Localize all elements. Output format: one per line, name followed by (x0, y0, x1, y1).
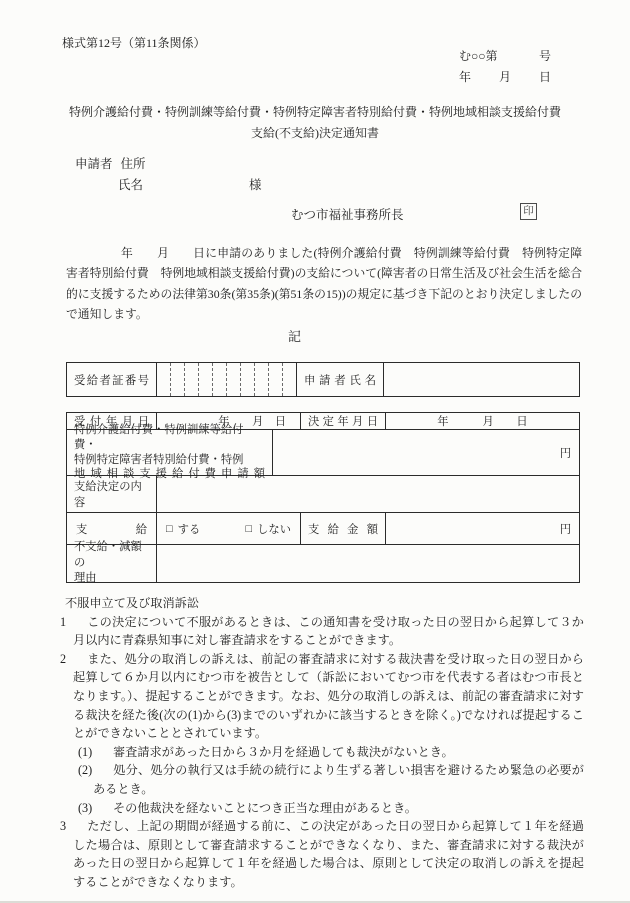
requested-amount-label-line2: 特例特定障害者特別給付費・特例 (74, 453, 265, 468)
list-text: その他裁決を経ないことにつき正当な理由があるとき。 (113, 801, 417, 815)
form-reference: 様式第12号（第11条関係） (62, 34, 206, 51)
appeal-notes-heading: 不服申立て及び取消訴訟 (65, 594, 584, 613)
list-item: 3ただし、上記の期間が経過する前に、この決定があった日の翌日から起算して１年を経… (60, 817, 584, 891)
payment-option-yes: □する (166, 521, 200, 537)
decision-date-label: 決定年月日 (301, 413, 385, 429)
document-number-line: む○○第 号 (459, 46, 551, 67)
name-label: 氏名 (118, 178, 143, 192)
date-year-label: 年 (459, 67, 471, 88)
digit-box (184, 363, 198, 396)
digit-box (170, 363, 184, 396)
payment-amount-label: 支給金額 (301, 521, 385, 537)
digit-box (240, 363, 254, 396)
table-row-requested-amount: 特例介護給付費・特例訓練等給付費・ 特例特定障害者特別給付費・特例 地域相談支援… (67, 430, 579, 476)
applicant-block: 申請者住所 氏名様 (75, 154, 262, 196)
address-label: 住所 (121, 157, 146, 171)
requested-amount-label-line1: 特例介護給付費・特例訓練等給付費・ (74, 423, 265, 452)
applicant-name-row: 氏名様 (75, 175, 262, 196)
recipient-table: 受給者証番号 申請者氏名 (66, 362, 580, 397)
denial-reason-label-cell: 不支給・減額の 理由 (67, 545, 157, 582)
digit-box (157, 363, 170, 396)
list-text: この決定について不服があるときは、この通知書を受け取った日の翌日から起算して３か… (73, 615, 584, 648)
date-day-label: 日 (539, 67, 551, 88)
document-number-block: む○○第 号 年 月 日 (459, 46, 551, 88)
list-item: 2また、処分の取消しの訴えは、前記の審査請求に対する裁決書を受け取った日の翌日か… (60, 650, 584, 743)
applicant-name-label: 申請者氏名 (297, 372, 383, 388)
list-marker: (3) (78, 799, 113, 818)
applicant-name-label-cell: 申請者氏名 (297, 363, 384, 396)
table-row-denial-reason: 不支給・減額の 理由 (67, 545, 579, 582)
requested-amount-label: 特例介護給付費・特例訓練等給付費・ 特例特定障害者特別給付費・特例 地域相談支援… (67, 421, 272, 483)
decision-date-label-cell: 決定年月日 (301, 413, 386, 429)
payment-option-no: □しない (245, 521, 291, 537)
document-number-suffix: 号 (539, 46, 551, 67)
denial-reason-label: 不支給・減額の 理由 (67, 537, 156, 590)
decision-date-placeholder: 年 月 日 (437, 413, 527, 429)
seal-placeholder: 印 (520, 203, 537, 220)
decision-content-label-cell: 支給決定の内容 (67, 476, 157, 512)
list-text: 審査請求があった日から３か月を経過しても裁決がないとき。 (113, 745, 454, 759)
denial-reason-label-line2: 理由 (74, 571, 149, 587)
list-text: ただし、上記の期間が経過する前に、この決定があった日の翌日から起算して１年を経過… (73, 819, 584, 889)
recipient-number-label-cell: 受給者証番号 (67, 363, 157, 396)
decision-table: 受付年月日 年 月 日 決定年月日 年 月 日 特例介護給付費・特例訓練等給付費… (66, 412, 580, 583)
record-mark: 記 (288, 326, 301, 345)
list-marker: (2) (78, 761, 113, 780)
checkbox-yes-icon: □ (166, 523, 173, 535)
payment-label-right: 給 (136, 521, 147, 537)
payment-no-label: しない (257, 521, 291, 537)
appeal-notes: 不服申立て及び取消訴訟 1この決定について不服があるときは、この通知書を受け取っ… (60, 594, 584, 892)
document-title-line1: 特例介護給付費・特例訓練等給付費・特例特定障害者特別給付費・特例地域相談支援給付… (0, 102, 630, 123)
digit-box (254, 363, 268, 396)
decision-content-value-cell (157, 476, 579, 512)
honorific-label: 様 (249, 178, 262, 192)
payment-option-cell: □する □しない (157, 513, 301, 544)
decision-date-value-cell: 年 月 日 (386, 413, 579, 429)
digit-box (268, 363, 282, 396)
list-marker: 3 (60, 817, 87, 836)
list-marker: (1) (78, 743, 113, 762)
payment-yes-label: する (178, 521, 201, 537)
table-row: 受給者証番号 申請者氏名 (67, 363, 579, 396)
scanned-form-page: 様式第12号（第11条関係） む○○第 号 年 月 日 特例介護給付費・特例訓練… (0, 0, 630, 903)
payment-label-left: 支 (76, 521, 87, 537)
digit-box (226, 363, 240, 396)
list-item: (3)その他裁決を経ないことにつき正当な理由があるとき。 (60, 799, 584, 818)
applicant-name-value-cell (384, 363, 579, 396)
document-date-line: 年 月 日 (459, 67, 551, 88)
recipient-number-digit-boxes (157, 363, 297, 396)
document-title-line2: 支給(不支給)決定通知書 (0, 123, 630, 144)
table-row-decision-content: 支給決定の内容 (67, 476, 579, 513)
notification-body: 年 月 日に申請のありました(特例介護給付費 特例訓練等給付費 特例特定障害者特… (66, 243, 582, 324)
list-marker: 1 (60, 613, 87, 632)
list-text: また、処分の取消しの訴えは、前記の審査請求に対する裁決書を受け取った日の翌日から… (73, 652, 584, 740)
list-item: (1)審査請求があった日から３か月を経過しても裁決がないとき。 (60, 743, 584, 762)
payment-amount-value-cell: 円 (386, 513, 579, 544)
list-marker: 2 (60, 650, 87, 669)
applicant-label: 申請者 (75, 157, 113, 171)
denial-reason-value-cell (157, 545, 579, 582)
list-item: 1この決定について不服があるときは、この通知書を受け取った日の翌日から起算して３… (60, 613, 584, 650)
list-item: (2)処分、処分の執行又は手続の続行により生ずる著しい損害を避けるため緊急の必要… (60, 761, 584, 798)
decision-content-label: 支給決定の内容 (74, 478, 149, 510)
requested-amount-label-cell: 特例介護給付費・特例訓練等給付費・ 特例特定障害者特別給付費・特例 地域相談支援… (67, 430, 273, 475)
digit-box (212, 363, 226, 396)
recipient-number-label: 受給者証番号 (67, 372, 156, 388)
issuer-title: むつ市福祉事務所長 (291, 205, 404, 223)
digit-box (282, 363, 296, 396)
applicant-address-row: 申請者住所 (75, 154, 262, 175)
list-text: 処分、処分の執行又は手続の続行により生ずる著しい損害を避けるため緊急の必要がある… (93, 763, 584, 796)
denial-reason-label-line1: 不支給・減額の (74, 540, 149, 571)
date-month-label: 月 (499, 67, 511, 88)
yen-unit: 円 (560, 445, 571, 461)
document-title: 特例介護給付費・特例訓練等給付費・特例特定障害者特別給付費・特例地域相談支援給付… (0, 102, 630, 144)
yen-unit: 円 (560, 521, 571, 537)
requested-amount-value-cell: 円 (273, 430, 579, 475)
digit-box (198, 363, 212, 396)
checkbox-no-icon: □ (245, 523, 252, 535)
payment-amount-label-cell: 支給金額 (301, 513, 386, 544)
document-number-prefix: む○○第 (459, 46, 498, 67)
